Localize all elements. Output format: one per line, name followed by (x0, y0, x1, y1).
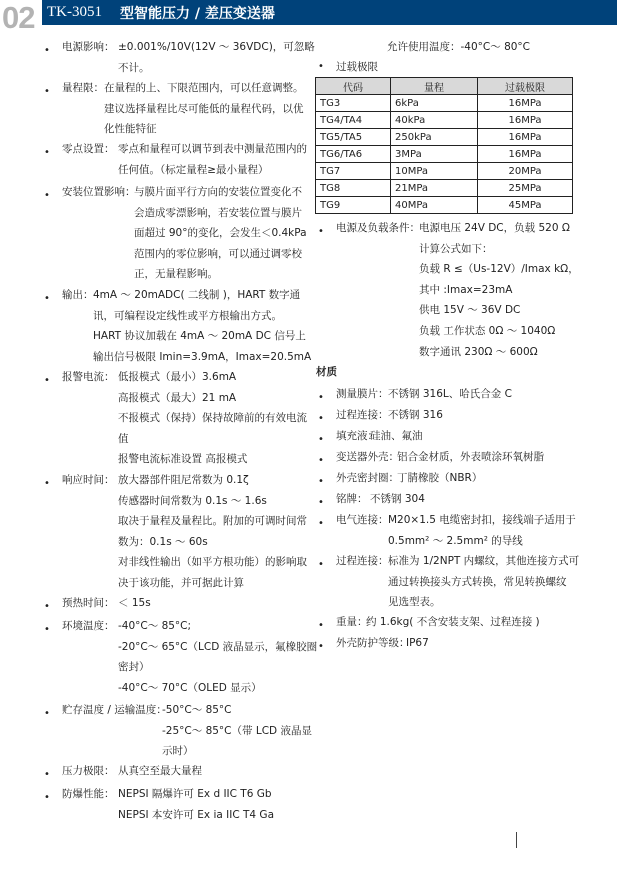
spec-value-line: 建议选择量程比尽可能低的量程代码，以优 (104, 99, 304, 119)
spec-value-line: 丁腈橡胶（NBR） (397, 468, 482, 488)
spec-value-line: 输出信号极限 Imin=3.9mA，Imax=20.5mA (93, 347, 311, 367)
table-row: TG940MPa45MPa (316, 197, 573, 214)
spec-value-line: -40°C～ 70°C（OLED 显示） (118, 678, 262, 698)
spec-label: 重量： (336, 612, 368, 632)
bullet-icon: • (44, 82, 50, 102)
table-row: TG4/TA440kPa16MPa (316, 112, 573, 129)
materials-title: 材质 (316, 364, 337, 379)
cell-code: TG4/TA4 (316, 112, 391, 129)
spec-value-line: 传感器时间常数为 0.1s ～ 1.6s (118, 491, 267, 511)
spec-value-line: 示时） (162, 741, 194, 761)
spec-value-line: 不锈钢 316L、哈氏合金 C (388, 384, 512, 404)
spec-label: 贮存温度 / 运输温度： (62, 700, 167, 720)
bullet-icon: • (318, 472, 324, 492)
spec-label: 压力极限： (62, 761, 115, 781)
spec-value-line: -50°C～ 85°C (162, 700, 232, 720)
cell-code: TG7 (316, 163, 391, 180)
spec-label: 变送器外壳： (336, 447, 399, 467)
cell-range: 3MPa (391, 146, 478, 163)
spec-label: 报警电流： (62, 367, 115, 387)
column-header-range: 量程 (391, 78, 478, 95)
cell-overload: 16MPa (478, 146, 573, 163)
spec-value-line: 放大器部件阻尼常数为 0.1ζ (118, 470, 249, 490)
bullet-icon: • (318, 409, 324, 429)
cell-range: 21MPa (391, 180, 478, 197)
spec-value-line: 计算公式如下： (419, 239, 493, 259)
spec-value-line: 高报模式（最大）21 mA (118, 388, 236, 408)
spec-value-line: 供电 15V ～ 36V DC (419, 300, 520, 320)
bullet-icon: • (318, 388, 324, 408)
spec-label: 响应时间： (62, 470, 115, 490)
spec-value-line: 数字通讯 230Ω ～ 600Ω (419, 342, 538, 362)
spec-value-line: M20×1.5 电缆密封扣，接线端子适用于 (388, 510, 576, 530)
spec-label: 过程连接： (336, 405, 389, 425)
header-bar: TK-3051 型智能压力 / 差压变送器 (42, 0, 617, 25)
spec-value-line: 约 1.6kg( 不含安装支架、过程连接 ) (366, 612, 540, 632)
table-header-row: 代码 量程 过载极限 (316, 78, 573, 95)
cell-code: TG9 (316, 197, 391, 214)
spec-value-line: 从真空至最大量程 (118, 761, 202, 781)
spec-label: 防爆性能： (62, 784, 115, 804)
cell-range: 250kPa (391, 129, 478, 146)
spec-value-line: IP67 (406, 633, 429, 653)
bullet-icon: • (44, 289, 50, 309)
cell-range: 40MPa (391, 197, 478, 214)
spec-value-line: 与膜片面平行方向的安装位置变化不 (134, 182, 302, 202)
spec-value-line: -40°C～ 85°C; (118, 616, 191, 636)
spec-value-line: 标准为 1/2NPT 内螺纹，其他连接方式可 (388, 551, 579, 571)
cell-code: TG5/TA5 (316, 129, 391, 146)
bullet-icon: • (318, 637, 324, 657)
page-title: 型智能压力 / 差压变送器 (120, 3, 275, 23)
cell-range: 6kPa (391, 95, 478, 112)
spec-value-line: 铝合金材质，外表喷涂环氧树脂 (397, 447, 544, 467)
spec-value-line: 在量程的上、下限范围内，可以任意调整。 (104, 78, 304, 98)
spec-value-line: 范围内的零位影响，可以通过调零校 (134, 244, 302, 264)
cell-overload: 16MPa (478, 95, 573, 112)
spec-label: 测量膜片： (336, 384, 389, 404)
spec-value-line: 决于该功能，并可据此计算 (118, 573, 244, 593)
bullet-icon: • (44, 788, 50, 808)
spec-value-line: 化性能特征 (104, 119, 157, 139)
cell-code: TG3 (316, 95, 391, 112)
spec-label: 输出： (62, 285, 94, 305)
table-row: TG710MPa20MPa (316, 163, 573, 180)
spec-value-line: -25°C～ 85°C（带 LCD 液晶显 (162, 721, 312, 741)
spec-value-line: 对非线性输出（如平方根功能）的影响取 (118, 552, 307, 572)
bullet-icon: • (44, 704, 50, 724)
page-divider (516, 832, 517, 848)
spec-label: 安装位置影响： (62, 182, 136, 202)
spec-label: 量程限： (62, 78, 104, 98)
spec-value-line: 正，无量程影响。 (134, 264, 218, 284)
spec-value-line: 讯，可编程设定线性或平方根输出方式。 (93, 306, 282, 326)
bullet-icon: • (318, 616, 324, 636)
chapter-number: 02 (2, 2, 34, 34)
bullet-icon: • (44, 143, 50, 163)
spec-value-line: -20°C～ 65°C（LCD 液晶显示，氟橡胶圈 (118, 637, 317, 657)
spec-label: 电源影响： (62, 37, 115, 57)
spec-value-line: 0.5mm² ～ 2.5mm² 的导线 (388, 531, 523, 551)
spec-value-line: 取决于量程及量程比。附加的可调时间常 (118, 511, 307, 531)
overload-table: 代码 量程 过载极限 TG36kPa16MPa TG4/TA440kPa16MP… (315, 77, 573, 214)
spec-value-line: 其中 :Imax=23mA (419, 280, 512, 300)
spec-label: 过程连接： (336, 551, 389, 571)
spec-value-line: ±0.001%/10V(12V ～ 36VDC)，可忽略 (118, 37, 315, 57)
bullet-icon: • (44, 597, 50, 617)
spec-value-line: 不锈钢 304 (370, 489, 425, 509)
spec-value-line: 报警电流标准设置 高报模式 (118, 449, 247, 469)
bullet-icon: • (318, 61, 324, 72)
spec-value-line: 通过转换接头方式转换，常见转换螺纹 (388, 572, 567, 592)
table-row: TG5/TA5250kPa16MPa (316, 129, 573, 146)
spec-label: 电气连接： (336, 510, 389, 530)
cell-code: TG8 (316, 180, 391, 197)
bullet-icon: • (318, 451, 324, 471)
spec-label: 电源及负载条件： (336, 218, 420, 238)
spec-value-line: 负载 工作状态 0Ω ～ 1040Ω (419, 321, 555, 341)
spec-value-line: 见选型表。 (388, 592, 441, 612)
spec-value-line: 不报模式（保持）保持故障前的有效电流 (118, 408, 307, 428)
spec-value-line: NEPSI 隔爆许可 Ex d IIC T6 Gb (118, 784, 272, 804)
cell-code: TG6/TA6 (316, 146, 391, 163)
allowed-temp: 允许使用温度：-40°C～ 80°C (387, 37, 530, 57)
spec-value-line: 零点和量程可以调节到表中测量范围内的 (118, 139, 307, 159)
spec-value-line: 不锈钢 316 (388, 405, 443, 425)
table-row: TG821MPa25MPa (316, 180, 573, 197)
spec-value-line: 任何值。（标定量程≥最小量程） (118, 160, 269, 180)
cell-range: 40kPa (391, 112, 478, 129)
table-row: TG6/TA63MPa16MPa (316, 146, 573, 163)
bullet-icon: • (318, 430, 324, 450)
bullet-icon: • (44, 474, 50, 494)
spec-value-line: 硅油、氟油 (370, 426, 423, 446)
spec-value-line: 密封） (118, 657, 150, 677)
bullet-icon: • (44, 765, 50, 785)
cell-range: 10MPa (391, 163, 478, 180)
spec-label: 环境温度： (62, 616, 115, 636)
spec-value-line: 电源电压 24V DC，负载 520 Ω (419, 218, 570, 238)
bullet-icon: • (318, 493, 324, 513)
spec-label: 外壳密封圈： (336, 468, 399, 488)
bullet-icon: • (318, 514, 324, 534)
cell-overload: 16MPa (478, 112, 573, 129)
spec-value-line: 负载 R ≤（Us-12V）/Imax kΩ， (419, 259, 579, 279)
cell-overload: 16MPa (478, 129, 573, 146)
column-header-code: 代码 (316, 78, 391, 95)
spec-value-line: HART 协议加载在 4mA ～ 20mA DC 信号上 (93, 326, 306, 346)
spec-label: 铭牌： (336, 489, 368, 509)
model-name: TK-3051 (47, 4, 102, 21)
bullet-icon: • (318, 222, 324, 242)
spec-label: 外壳防护等级： (336, 633, 410, 653)
spec-value-line: 4mA ～ 20mADC( 二线制 )，HART 数字通 (93, 285, 300, 305)
spec-value-line: 不计。 (118, 58, 150, 78)
bullet-icon: • (44, 41, 50, 61)
spec-value-line: 低报模式（最小）3.6mA (118, 367, 236, 387)
spec-value-line: 面超过 90°的变化，会发生＜0.4kPa (134, 223, 307, 243)
spec-value-line: 值 (118, 429, 129, 449)
overload-title: 过载极限 (336, 57, 378, 77)
bullet-icon: • (44, 371, 50, 391)
table-row: TG36kPa16MPa (316, 95, 573, 112)
spec-label: 零点设置： (62, 139, 115, 159)
column-header-overload: 过载极限 (478, 78, 573, 95)
cell-overload: 20MPa (478, 163, 573, 180)
cell-overload: 45MPa (478, 197, 573, 214)
spec-value-line: 会造成零漂影响，若安装位置与膜片 (134, 203, 302, 223)
cell-overload: 25MPa (478, 180, 573, 197)
spec-value-line: ＜ 15s (118, 593, 151, 613)
spec-label: 预热时间： (62, 593, 115, 613)
bullet-icon: • (44, 620, 50, 640)
spec-value-line: 数为：0.1s ～ 60s (118, 532, 208, 552)
spec-value-line: NEPSI 本安许可 Ex ia IIC T4 Ga (118, 805, 274, 825)
bullet-icon: • (44, 186, 50, 206)
bullet-icon: • (318, 555, 324, 575)
